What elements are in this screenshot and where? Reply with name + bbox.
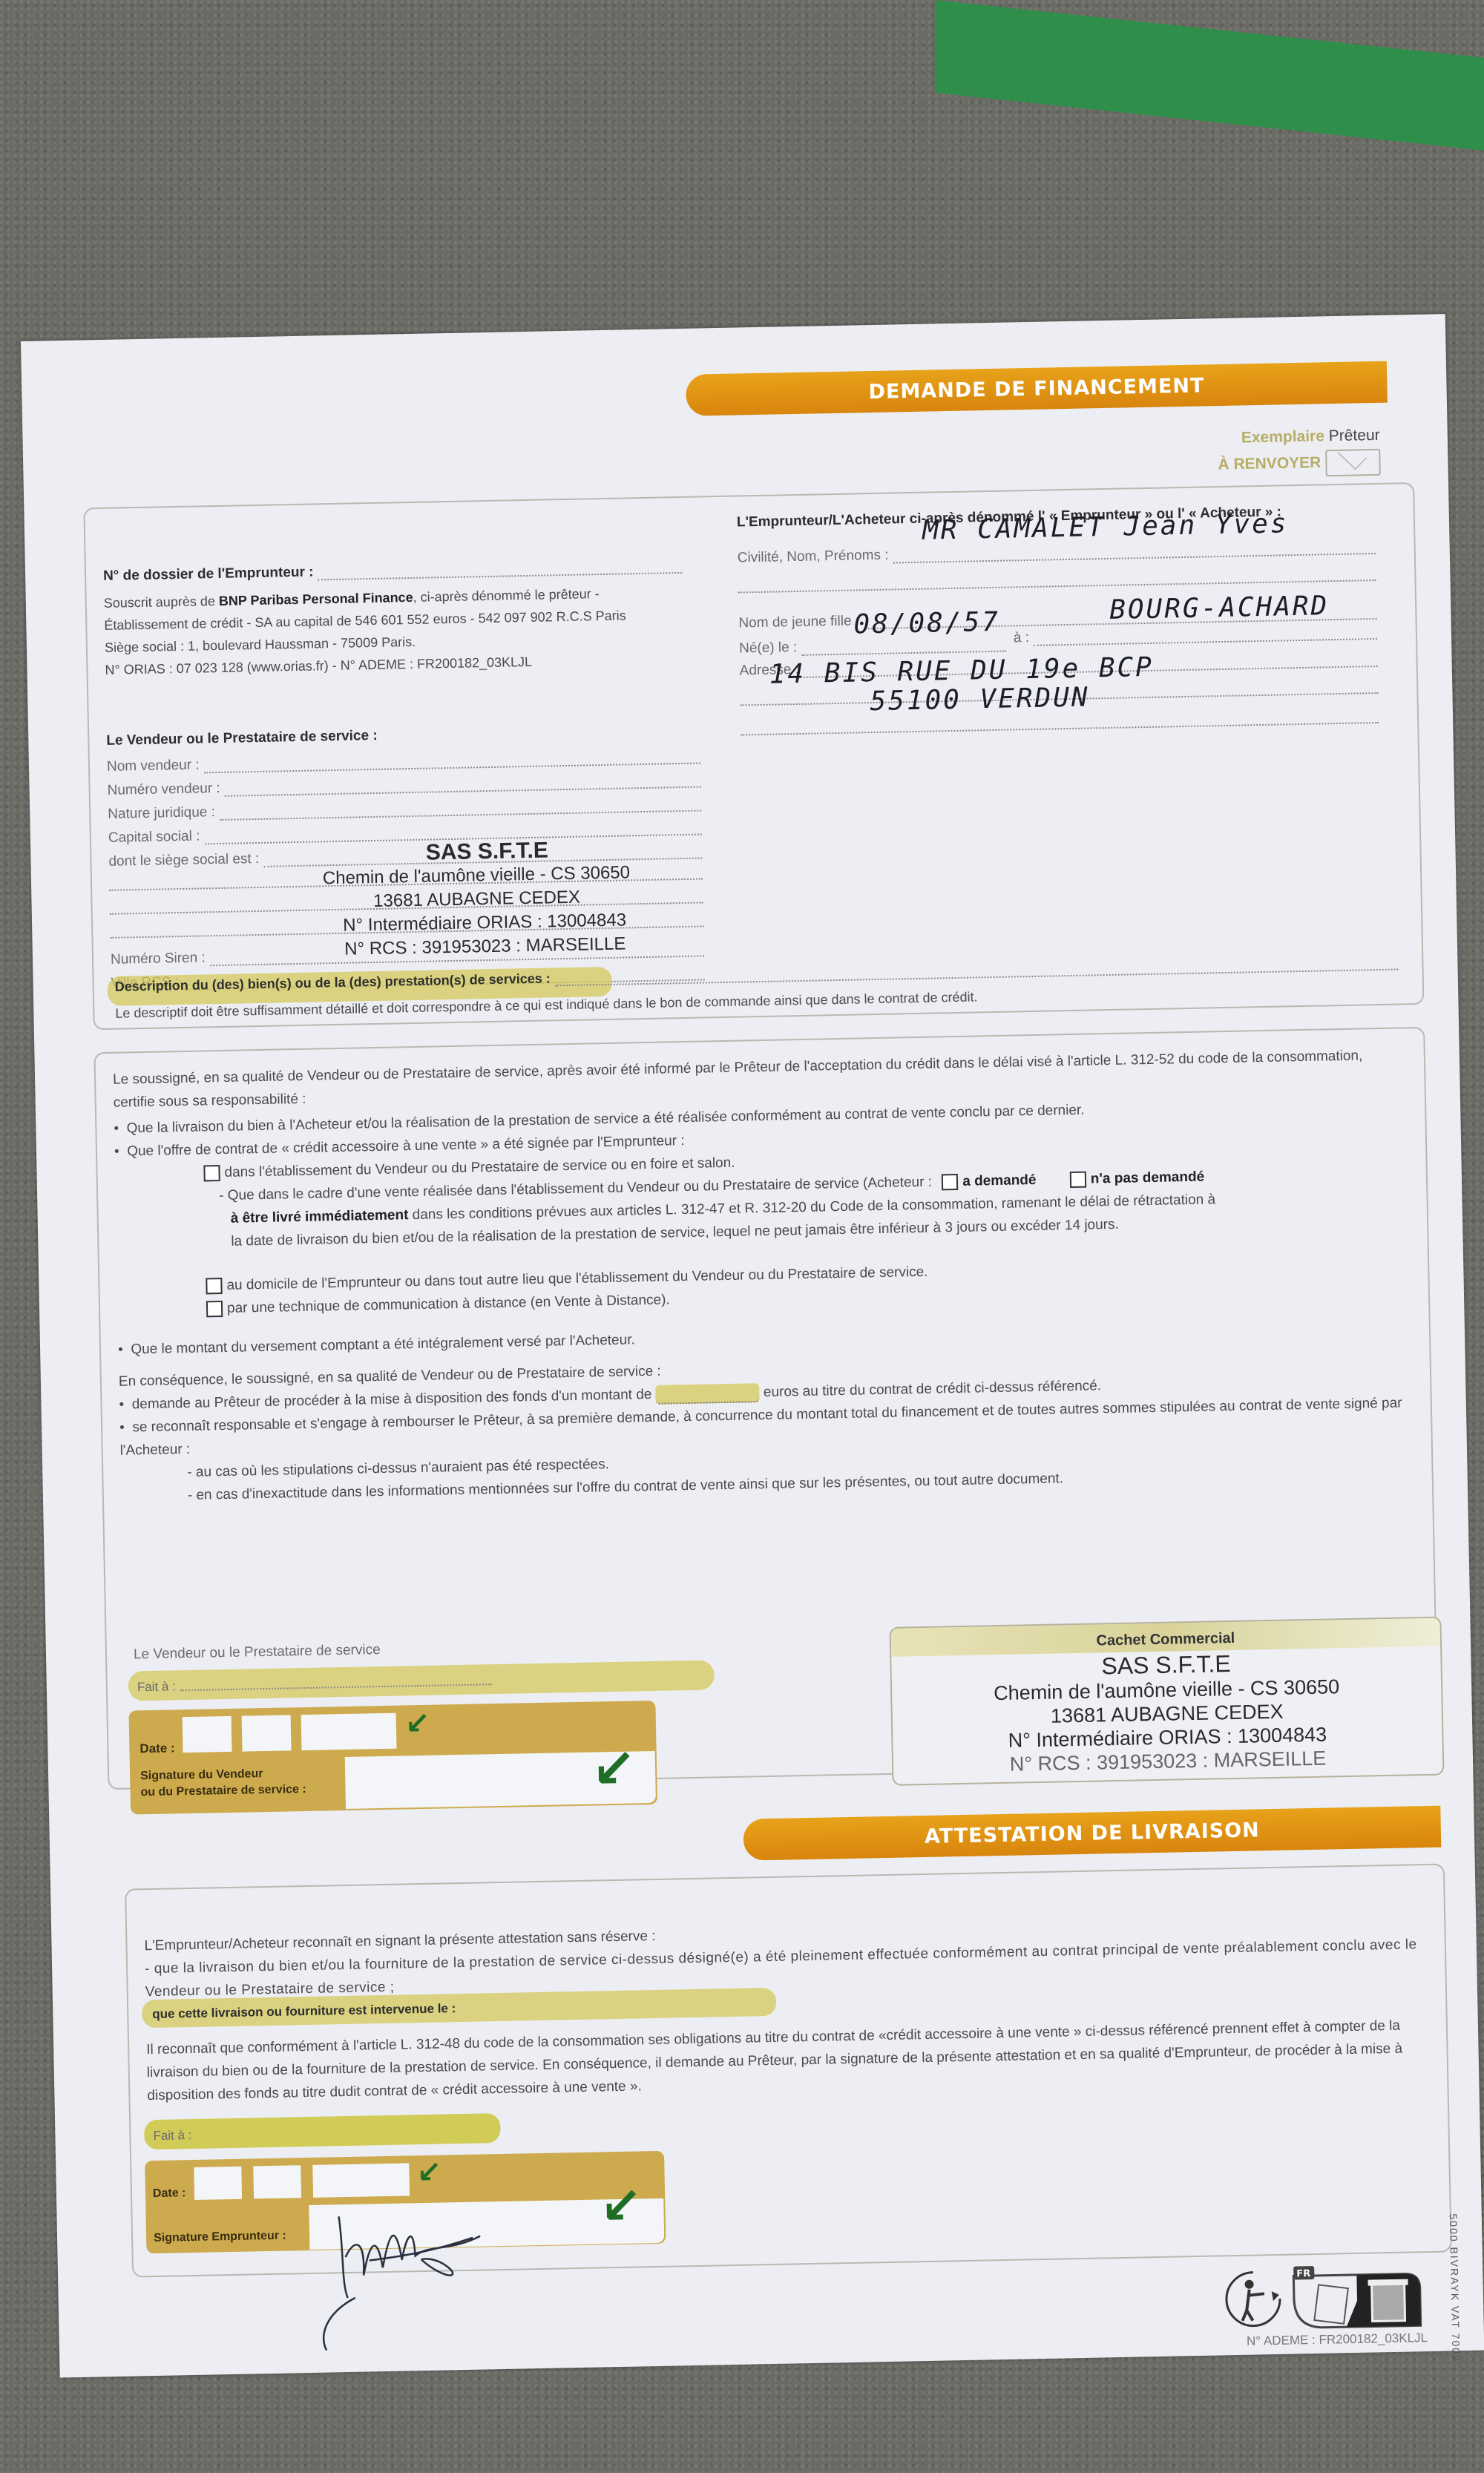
birth-place-value: BOURG-ACHARD (1109, 591, 1330, 625)
birth-date-value: 08/08/57 (853, 607, 1000, 640)
vendor-stamp: SAS S.F.T.E Chemin de l'aumône vieille -… (21, 314, 1445, 341)
attestation-banner: ATTESTATION DE LIVRAISON (743, 1806, 1441, 1861)
borrower-date-month[interactable] (253, 2165, 301, 2198)
title-banner-text: DEMANDE DE FINANCEMENT (868, 374, 1204, 404)
borrower-date-day[interactable] (194, 2167, 242, 2200)
recycling-logos: FR (1219, 2255, 1428, 2333)
checkbox-asked-immediate[interactable] (942, 1174, 958, 1190)
recycling-bin-icon (1345, 2273, 1420, 2327)
vendor-field-label: Nature juridique : (108, 804, 215, 823)
asked-label: a demandé (962, 1172, 1037, 1189)
financing-request-form: DEMANDE DE FINANCEMENT Exemplaire Prêteu… (21, 314, 1484, 2377)
ademe-footer: N° ADEME : FR200182_03KLJL (1247, 2331, 1428, 2349)
lender-info: Souscrit auprès de BNP Paribas Personal … (104, 581, 699, 681)
vendor-date-year[interactable] (301, 1713, 397, 1750)
certification-bullets: • Que la livraison du bien à l'Acheteur … (114, 1092, 1412, 1508)
arrow-down-left-icon: ↙ (591, 1736, 637, 1799)
envelope-icon (1325, 449, 1381, 476)
vendor-field-label: Numéro vendeur : (107, 781, 220, 799)
svg-text:FR: FR (1296, 2268, 1310, 2279)
vendor-date-signature-panel: Date : ↙ Signature du Vendeurou du Prest… (128, 1701, 657, 1815)
borrower-date-signature-panel: Date : ↙ Signature Emprunteur : ↙ (145, 2151, 666, 2253)
copy-label: Exemplaire (1241, 427, 1324, 446)
checkbox-not-asked-immediate[interactable] (1070, 1172, 1086, 1188)
checkbox-in-store[interactable] (203, 1165, 220, 1181)
amount-field[interactable] (655, 1383, 759, 1405)
address-line-2: 55100 VERDUN (870, 682, 1090, 717)
vendor-date-day[interactable] (183, 1716, 232, 1753)
arrow-down-left-icon: ↙ (600, 2176, 643, 2236)
arrow-down-left-icon: ↙ (404, 1707, 430, 1741)
vendor-field-label: Nom vendeur : (107, 757, 200, 775)
vendor-field-label: dont le siège social est : (108, 851, 259, 870)
lender-name: BNP Paribas Personal Finance (219, 590, 413, 608)
side-print-code: 5000 BIVRAYK VAT 7002 (1448, 2213, 1462, 2362)
return-label: À RENVOYER (1218, 454, 1321, 473)
copy-indicator: Exemplaire Prêteur À RENVOYER (1218, 427, 1381, 479)
attestation-banner-text: ATTESTATION DE LIVRAISON (925, 1819, 1260, 1848)
vendor-date-month[interactable] (242, 1715, 292, 1751)
checkbox-at-home[interactable] (206, 1278, 222, 1294)
borrower-signature (324, 2182, 594, 2336)
vendor-field-label: Capital social : (108, 828, 200, 846)
vendor-field-label: Numéro Siren : (111, 950, 206, 968)
tidyman-recycle-icon (1226, 2272, 1280, 2326)
green-folder-background (935, 0, 1484, 151)
copy-recipient: Prêteur (1329, 427, 1380, 444)
not-asked-label: n'a pas demandé (1091, 1169, 1205, 1187)
title-banner: DEMANDE DE FINANCEMENT (686, 361, 1388, 416)
checkbox-distance-sale[interactable] (206, 1301, 223, 1317)
commercial-stamp-box: Cachet Commercial SAS S.F.T.E Chemin de … (889, 1617, 1444, 1786)
